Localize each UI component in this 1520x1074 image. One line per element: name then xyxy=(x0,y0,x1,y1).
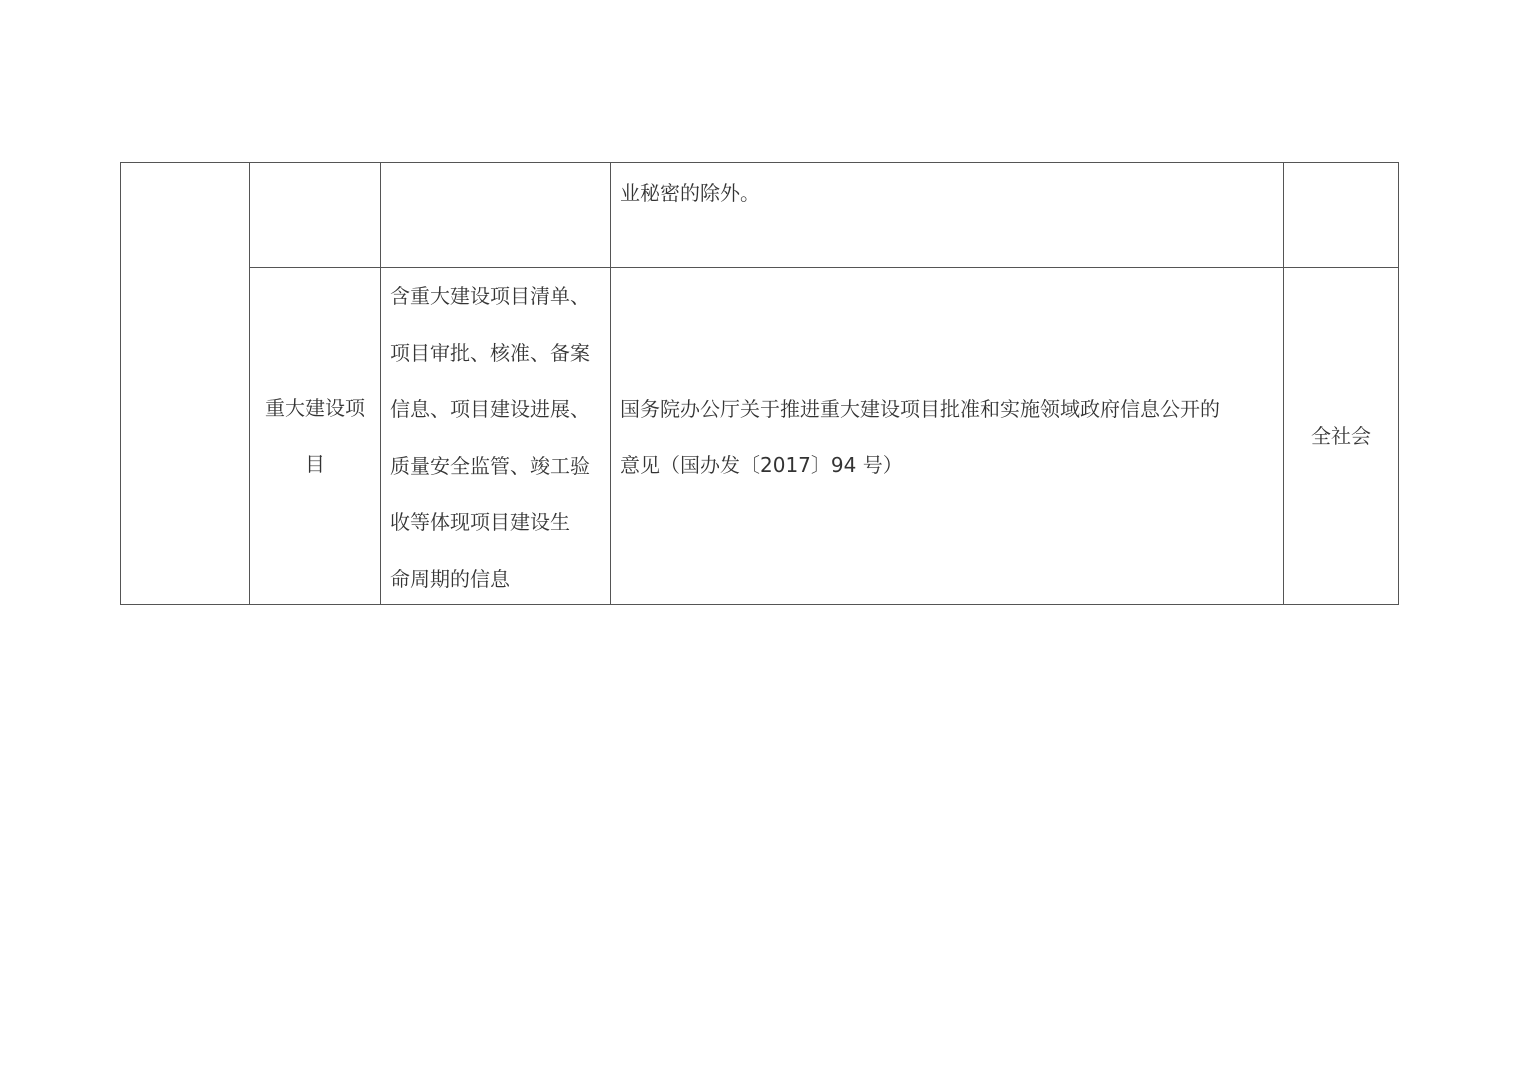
row1-basis-cell: 业秘密的除外。 xyxy=(620,164,1280,224)
basis-line-1: 国务院办公厅关于推进重大建设项目批准和实施领域政府信息公开的 xyxy=(620,381,1282,437)
disclosure-table: 业秘密的除外。 重大建设项 目 含重大建设项目清单、 项目审批、核准、备案 信息… xyxy=(120,162,1399,605)
content-line-1: 含重大建设项目清单、 xyxy=(390,268,610,325)
content-line-2: 项目审批、核准、备案 xyxy=(390,325,610,382)
table-border-bottom xyxy=(120,604,1399,605)
table-border-right xyxy=(1398,162,1399,605)
content-line-5: 收等体现项目建设生 xyxy=(390,494,610,551)
basis-cell: 国务院办公厅关于推进重大建设项目批准和实施领域政府信息公开的 意见（国办发〔20… xyxy=(620,381,1282,493)
table-border-left xyxy=(120,162,121,605)
content-cell: 含重大建设项目清单、 项目审批、核准、备案 信息、项目建设进展、 质量安全监管、… xyxy=(390,268,610,607)
content-line-3: 信息、项目建设进展、 xyxy=(390,381,610,438)
content-line-4: 质量安全监管、竣工验 xyxy=(390,438,610,495)
col-divider-3 xyxy=(610,162,611,605)
table-border-top xyxy=(120,162,1399,163)
category-line-2: 目 xyxy=(250,436,380,492)
category-cell: 重大建设项 目 xyxy=(250,380,380,492)
row1-basis-text: 业秘密的除外。 xyxy=(620,164,1280,222)
category-line-1: 重大建设项 xyxy=(250,380,380,436)
audience-text: 全社会 xyxy=(1284,408,1398,465)
content-line-6: 命周期的信息 xyxy=(390,551,610,608)
col-divider-4 xyxy=(1283,162,1284,605)
col-divider-2 xyxy=(380,162,381,605)
basis-line-2: 意见（国办发〔2017〕94 号） xyxy=(620,437,1282,493)
audience-cell: 全社会 xyxy=(1284,408,1398,465)
